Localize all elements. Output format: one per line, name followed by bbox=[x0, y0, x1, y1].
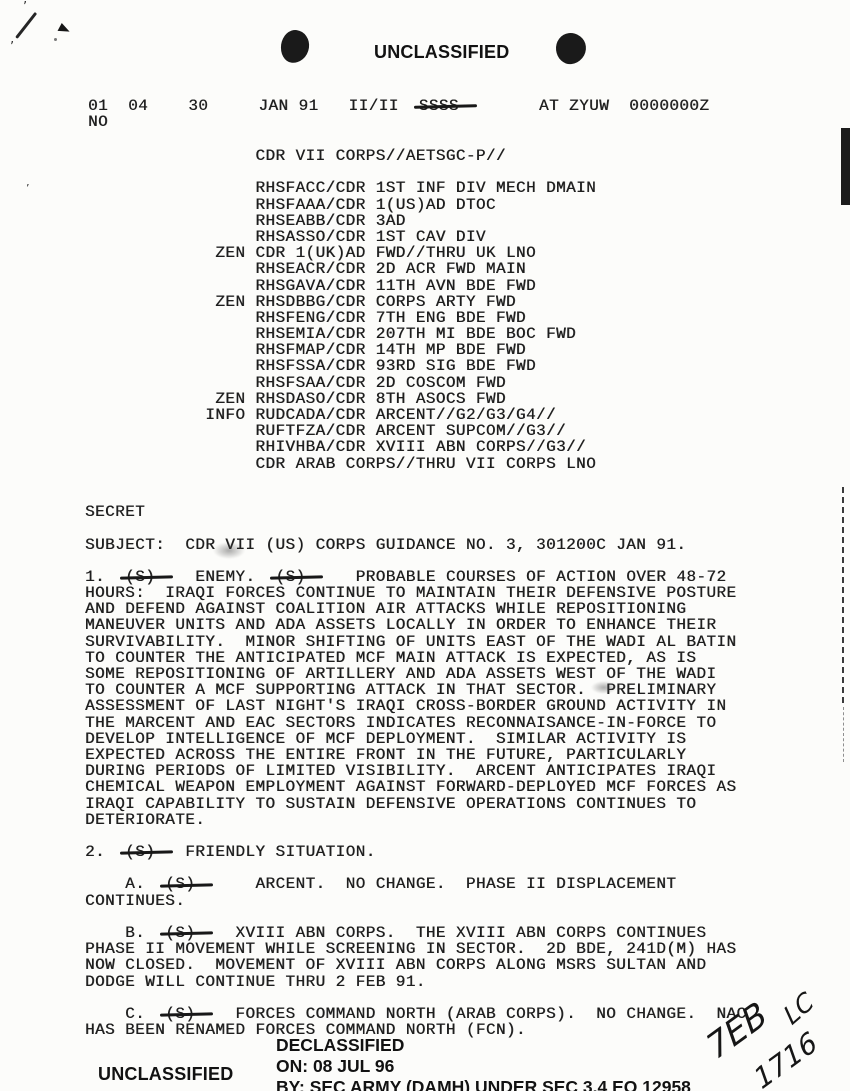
text-line: ASSESSMENT OF LAST NIGHT'S IRAQI CROSS-B… bbox=[85, 698, 746, 714]
text-line: DEVELOP INTELLIGENCE OF MCF DEPLOYMENT. … bbox=[85, 731, 746, 747]
message-body-block: CDR VII CORPS//AETSGC-P// RHSFACC/CDR 1S… bbox=[85, 148, 746, 1038]
text-line: ZEN RHSDBBG/CDR CORPS ARTY FWD bbox=[85, 294, 746, 310]
text-line: RHSEACR/CDR 2D ACR FWD MAIN bbox=[85, 261, 746, 277]
pen-tick-mark: ’ bbox=[26, 182, 30, 195]
scanned-document-page: ’ ’ ’ UNCLASSIFIED 01 04 30 JAN 91 II/II… bbox=[0, 0, 850, 1091]
text-line: IRAQI CAPABILITY TO SUSTAIN DEFENSIVE OP… bbox=[85, 796, 746, 812]
text-line: AND DEFEND AGAINST COALITION AIR ATTACKS… bbox=[85, 601, 746, 617]
scan-edge-dashed-line bbox=[842, 487, 844, 703]
text-line bbox=[85, 164, 746, 180]
declassification-line: BY: SEC ARMY (DAMH) UNDER SEC 3.4 EO 129… bbox=[276, 1077, 691, 1091]
text-line bbox=[85, 860, 746, 876]
scan-edge-bar bbox=[841, 128, 850, 205]
text-line: C. (S) FORCES COMMAND NORTH (ARAB CORPS)… bbox=[85, 1006, 746, 1022]
ink-smudge bbox=[591, 681, 617, 694]
text-line bbox=[85, 553, 746, 569]
text-line: PHASE II MOVEMENT WHILE SCREENING IN SEC… bbox=[85, 941, 746, 957]
top-classification-stamp: UNCLASSIFIED bbox=[374, 42, 509, 63]
scan-edge-dotted-line bbox=[843, 707, 844, 762]
text-line bbox=[85, 472, 746, 488]
text-line: CDR ARAB CORPS//THRU VII CORPS LNO bbox=[85, 456, 746, 472]
text-line bbox=[85, 909, 746, 925]
text-line: RHIVHBA/CDR XVIII ABN CORPS//G3// bbox=[85, 439, 746, 455]
text-line bbox=[85, 990, 746, 1006]
text-line: NO bbox=[88, 114, 709, 130]
text-line: TO COUNTER THE ANTICIPATED MCF MAIN ATTA… bbox=[85, 650, 746, 666]
pen-dot-mark bbox=[54, 38, 57, 41]
text-line: B. (S) XVIII ABN CORPS. THE XVIII ABN CO… bbox=[85, 925, 746, 941]
ink-smudge bbox=[213, 542, 245, 559]
text-line: MANEUVER UNITS AND ADA ASSETS LOCALLY IN… bbox=[85, 617, 746, 633]
text-line: DETERIORATE. bbox=[85, 812, 746, 828]
text-line: 1. (S) ENEMY. (S) PROBABLE COURSES OF AC… bbox=[85, 569, 746, 585]
text-line: CHEMICAL WEAPON EMPLOYMENT AGAINST FORWA… bbox=[85, 779, 746, 795]
text-line bbox=[85, 488, 746, 504]
text-line: SURVIVABILITY. MINOR SHIFTING OF UNITS E… bbox=[85, 634, 746, 650]
strikethrough-classification-marking: (S) bbox=[165, 1005, 195, 1023]
text-line: RHSEMIA/CDR 207TH MI BDE BOC FWD bbox=[85, 326, 746, 342]
declassification-stamp: DECLASSIFIED ON: 08 JUL 96 BY: SEC ARMY … bbox=[276, 1035, 691, 1091]
strikethrough-classification-marking: (S) bbox=[165, 875, 195, 893]
text-line: HOURS: IRAQI FORCES CONTINUE TO MAINTAIN… bbox=[85, 585, 746, 601]
text-line: INFO RUDCADA/CDR ARCENT//G2/G3/G4// bbox=[85, 407, 746, 423]
text-line: RHSFMAP/CDR 14TH MP BDE FWD bbox=[85, 342, 746, 358]
text-line bbox=[85, 520, 746, 536]
text-line: RHSFACC/CDR 1ST INF DIV MECH DMAIN bbox=[85, 180, 746, 196]
text-line: ZEN RHSDASO/CDR 8TH ASOCS FWD bbox=[85, 391, 746, 407]
strikethrough-classification-marking: (S) bbox=[125, 568, 155, 586]
text-line: CONTINUES. bbox=[85, 893, 746, 909]
text-line: CDR VII CORPS//AETSGC-P// bbox=[85, 148, 746, 164]
text-line: RHSFSAA/CDR 2D COSCOM FWD bbox=[85, 375, 746, 391]
strikethrough-classification-marking: (S) bbox=[125, 843, 155, 861]
text-line: DODGE WILL CONTINUE THRU 2 FEB 91. bbox=[85, 974, 746, 990]
text-line: TO COUNTER A MCF SUPPORTING ATTACK IN TH… bbox=[85, 682, 746, 698]
pen-arrow-mark bbox=[58, 23, 72, 36]
text-line: RHSGAVA/CDR 11TH AVN BDE FWD bbox=[85, 278, 746, 294]
bottom-classification-stamp: UNCLASSIFIED bbox=[98, 1064, 233, 1085]
text-line: RHSFAAA/CDR 1(US)AD DTOC bbox=[85, 197, 746, 213]
message-header-block: 01 04 30 JAN 91 II/II SSSS AT ZYUW 00000… bbox=[88, 98, 709, 130]
text-line: SOME REPOSITIONING OF ARTILLERY AND ADA … bbox=[85, 666, 746, 682]
text-line: RHSEABB/CDR 3AD bbox=[85, 213, 746, 229]
text-line: THE MARCENT AND EAC SECTORS INDICATES RE… bbox=[85, 715, 746, 731]
text-line: SECRET bbox=[85, 504, 746, 520]
text-line: RHSFSSA/CDR 93RD SIG BDE FWD bbox=[85, 358, 746, 374]
pen-tick-mark: ’ bbox=[23, 0, 27, 15]
pen-slash-mark bbox=[15, 12, 37, 39]
text-line: RUFTFZA/CDR ARCENT SUPCOM//G3// bbox=[85, 423, 746, 439]
handwritten-note: LC bbox=[778, 986, 818, 1030]
text-line: SUBJECT: CDR VII (US) CORPS GUIDANCE NO.… bbox=[85, 537, 746, 553]
text-line: DURING PERIODS OF LIMITED VISIBILITY. AR… bbox=[85, 763, 746, 779]
text-line: EXPECTED ACROSS THE ENTIRE FRONT IN THE … bbox=[85, 747, 746, 763]
declassification-line: DECLASSIFIED bbox=[276, 1035, 691, 1056]
text-line: RHSFENG/CDR 7TH ENG BDE FWD bbox=[85, 310, 746, 326]
strikethrough-classification-marking: SSSS bbox=[419, 97, 459, 115]
pen-tick-mark: ’ bbox=[10, 40, 14, 55]
text-line: 01 04 30 JAN 91 II/II SSSS AT ZYUW 00000… bbox=[88, 98, 709, 114]
strikethrough-classification-marking: (S) bbox=[275, 568, 305, 586]
text-line: A. (S) ARCENT. NO CHANGE. PHASE II DISPL… bbox=[85, 876, 746, 892]
text-line: ZEN CDR 1(UK)AD FWD//THRU UK LNO bbox=[85, 245, 746, 261]
text-line: NOW CLOSED. MOVEMENT OF XVIII ABN CORPS … bbox=[85, 957, 746, 973]
text-line: RHSASSO/CDR 1ST CAV DIV bbox=[85, 229, 746, 245]
text-line bbox=[85, 828, 746, 844]
declassification-line: ON: 08 JUL 96 bbox=[276, 1056, 691, 1077]
text-line: 2. (S) FRIENDLY SITUATION. bbox=[85, 844, 746, 860]
ink-dot-stamp bbox=[279, 28, 311, 65]
ink-dot-stamp bbox=[554, 32, 587, 66]
strikethrough-classification-marking: (S) bbox=[165, 924, 195, 942]
